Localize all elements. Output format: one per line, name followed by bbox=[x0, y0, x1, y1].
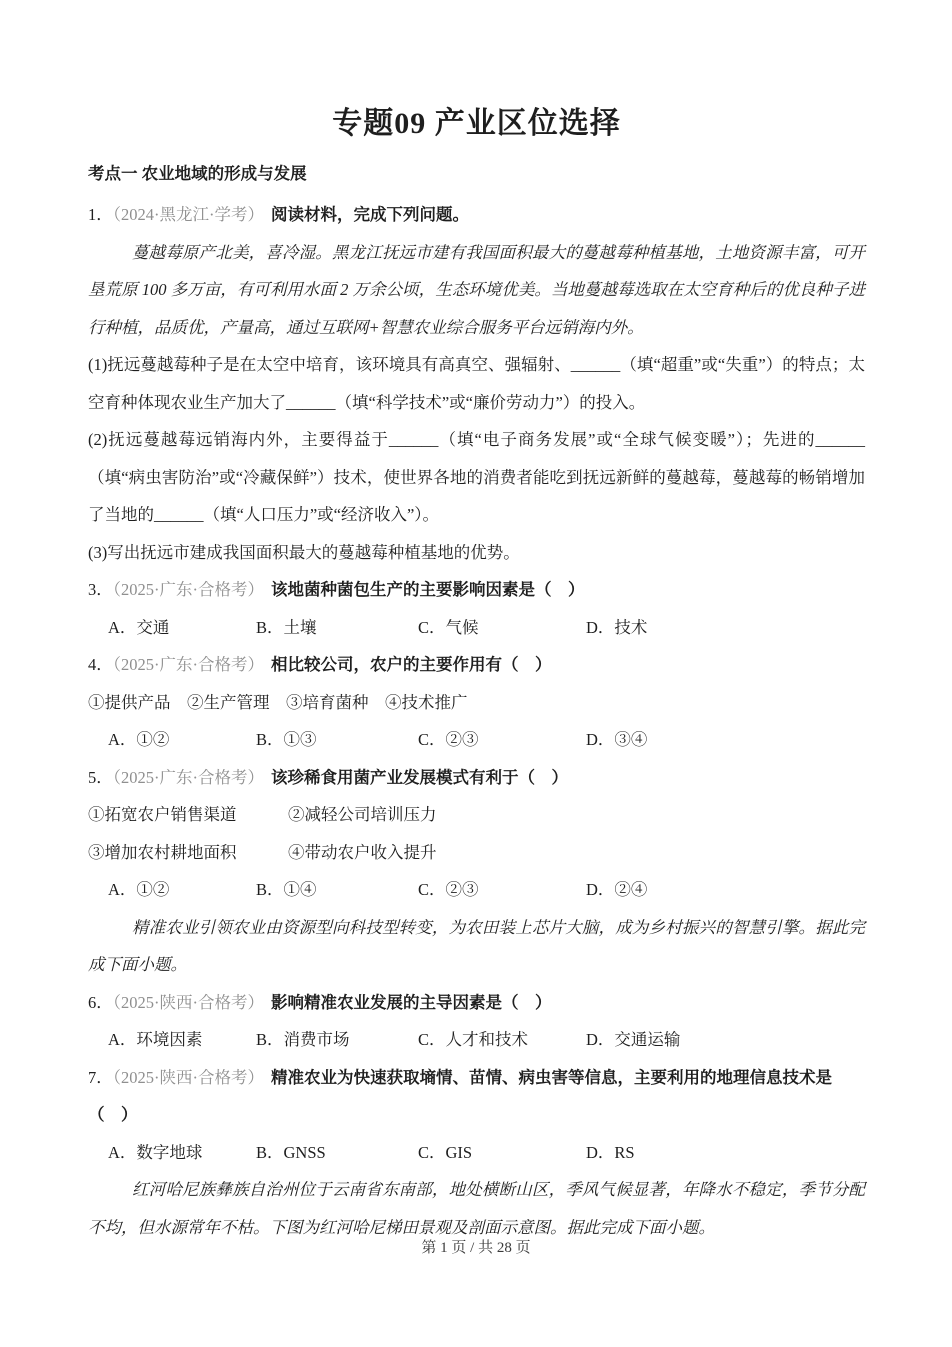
question-4-stem: 相比较公司，农户的主要作用有（ ） bbox=[271, 655, 552, 674]
question-4-source: （2025·广东·合格考） bbox=[113, 655, 264, 674]
question-4-items: ①提供产品 ②生产管理 ③培育菌种 ④技术推广 bbox=[88, 684, 865, 722]
choice-a: A．①② bbox=[108, 871, 256, 909]
choice-c: C．②③ bbox=[418, 871, 586, 909]
choice-a: A．环境因素 bbox=[108, 1021, 256, 1059]
item-1: ①拓宽农户销售渠道 bbox=[88, 796, 288, 834]
document-content: 专题09 产业区位选择 考点一 农业地域的形成与发展 1．（2024·黑龙江·学… bbox=[88, 0, 865, 1246]
choice-c: C．气候 bbox=[418, 609, 586, 647]
choice-b: B．①③ bbox=[256, 721, 418, 759]
choice-c: C．人才和技术 bbox=[418, 1021, 586, 1059]
question-6-choices: A．环境因素 B．消费市场 C．人才和技术 D．交通运输 bbox=[88, 1021, 865, 1059]
question-7-source: （2025·陕西·合格考） bbox=[113, 1068, 264, 1087]
choice-d: D．交通运输 bbox=[586, 1021, 865, 1059]
choice-a: A．数字地球 bbox=[108, 1134, 256, 1172]
question-3-source: （2025·广东·合格考） bbox=[113, 580, 264, 599]
question-1-line: 1．（2024·黑龙江·学考）阅读材料，完成下列问题。 bbox=[88, 196, 865, 234]
question-1-number: 1． bbox=[88, 205, 113, 224]
question-5-source: （2025·广东·合格考） bbox=[113, 768, 264, 787]
question-3-stem: 该地菌种菌包生产的主要影响因素是（ ） bbox=[271, 580, 585, 599]
question-7-number: 7． bbox=[88, 1068, 113, 1087]
choice-b: B．GNSS bbox=[256, 1134, 418, 1172]
question-5-line: 5．（2025·广东·合格考）该珍稀食用菌产业发展模式有利于（ ） bbox=[88, 759, 865, 797]
question-5-items-row-2: ③增加农村耕地面积 ④带动农户收入提升 bbox=[88, 834, 865, 872]
question-6-number: 6． bbox=[88, 993, 113, 1012]
page-footer: 第 1 页 / 共 28 页 bbox=[0, 1237, 952, 1259]
question-4-line: 4．（2025·广东·合格考）相比较公司，农户的主要作用有（ ） bbox=[88, 646, 865, 684]
question-3-number: 3． bbox=[88, 580, 113, 599]
question-5-items-row-1: ①拓宽农户销售渠道 ②减轻公司培训压力 bbox=[88, 796, 865, 834]
question-3-line: 3．（2025·广东·合格考）该地菌种菌包生产的主要影响因素是（ ） bbox=[88, 571, 865, 609]
choice-c: C．GIS bbox=[418, 1134, 586, 1172]
section-heading: 考点一 农业地域的形成与发展 bbox=[88, 160, 865, 188]
material-paragraph-1: 蔓越莓原产北美，喜冷湿。黑龙江抚远市建有我国面积最大的蔓越莓种植基地，土地资源丰… bbox=[88, 234, 865, 347]
choice-a: A．交通 bbox=[108, 609, 256, 647]
page-title: 专题09 产业区位选择 bbox=[88, 0, 865, 144]
question-1-source: （2024·黑龙江·学考） bbox=[113, 205, 264, 224]
material-paragraph-2: 精准农业引领农业由资源型向科技型转变，为农田装上芯片大脑，成为乡村振兴的智慧引擎… bbox=[88, 909, 865, 984]
choice-d: D．③④ bbox=[586, 721, 865, 759]
choice-d: D．技术 bbox=[586, 609, 865, 647]
choice-d: D．RS bbox=[586, 1134, 865, 1172]
choice-c: C．②③ bbox=[418, 721, 586, 759]
question-6-stem: 影响精准农业发展的主导因素是（ ） bbox=[271, 993, 552, 1012]
question-4-number: 4． bbox=[88, 655, 113, 674]
question-6-source: （2025·陕西·合格考） bbox=[113, 993, 264, 1012]
question-1-part-2: (2)抚远蔓越莓远销海内外，主要得益于______（填“电子商务发展”或“全球气… bbox=[88, 421, 865, 534]
document-page: 专题09 产业区位选择 考点一 农业地域的形成与发展 1．（2024·黑龙江·学… bbox=[0, 0, 952, 1347]
item-3: ③增加农村耕地面积 bbox=[88, 834, 288, 872]
question-4-choices: A．①② B．①③ C．②③ D．③④ bbox=[88, 721, 865, 759]
question-6-line: 6．（2025·陕西·合格考）影响精准农业发展的主导因素是（ ） bbox=[88, 984, 865, 1022]
question-1-part-1: (1)抚远蔓越莓种子是在太空中培育，该环境具有高真空、强辐射、______（填“… bbox=[88, 346, 865, 421]
item-2: ②减轻公司培训压力 bbox=[288, 796, 865, 834]
choice-a: A．①② bbox=[108, 721, 256, 759]
question-5-number: 5． bbox=[88, 768, 113, 787]
item-4: ④带动农户收入提升 bbox=[288, 834, 865, 872]
question-7-line: 7．（2025·陕西·合格考）精准农业为快速获取墒情、苗情、病虫害等信息，主要利… bbox=[88, 1059, 865, 1134]
choice-b: B．土壤 bbox=[256, 609, 418, 647]
question-1-stem: 阅读材料，完成下列问题。 bbox=[271, 205, 469, 224]
question-3-choices: A．交通 B．土壤 C．气候 D．技术 bbox=[88, 609, 865, 647]
choice-b: B．消费市场 bbox=[256, 1021, 418, 1059]
choice-d: D．②④ bbox=[586, 871, 865, 909]
material-paragraph-3: 红河哈尼族彝族自治州位于云南省东南部，地处横断山区，季风气候显著，年降水不稳定，… bbox=[88, 1171, 865, 1246]
choice-b: B．①④ bbox=[256, 871, 418, 909]
question-5-stem: 该珍稀食用菌产业发展模式有利于（ ） bbox=[271, 768, 568, 787]
question-5-choices: A．①② B．①④ C．②③ D．②④ bbox=[88, 871, 865, 909]
question-7-choices: A．数字地球 B．GNSS C．GIS D．RS bbox=[88, 1134, 865, 1172]
question-1-part-3: (3)写出抚远市建成我国面积最大的蔓越莓种植基地的优势。 bbox=[88, 534, 865, 572]
